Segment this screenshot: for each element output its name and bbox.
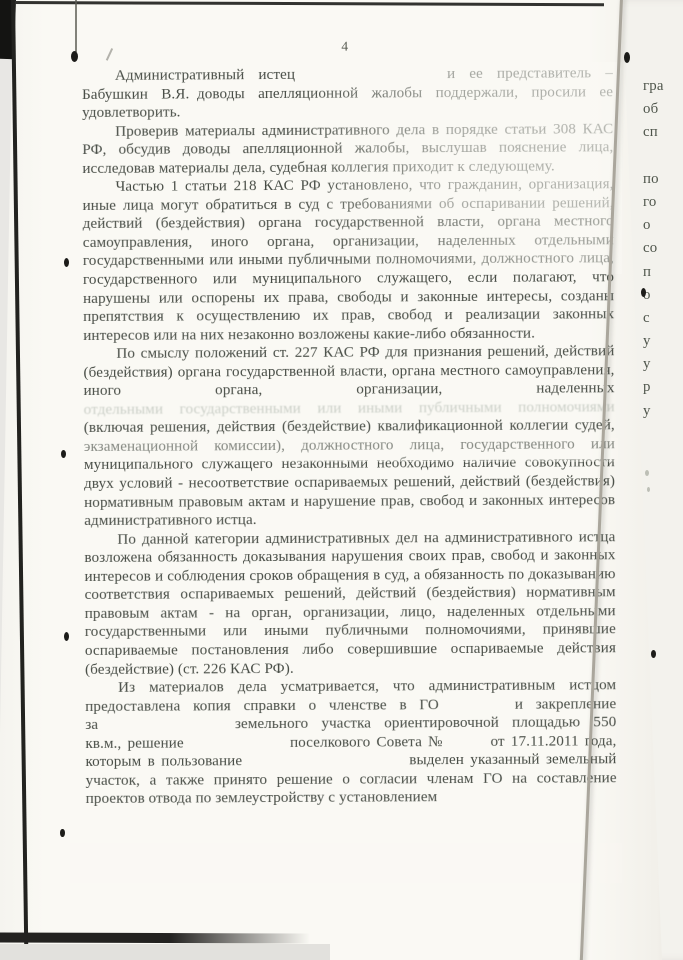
binder-hole-mark: [61, 450, 66, 458]
next-page-text-fragment: с: [643, 307, 664, 330]
binder-thread-mark: [75, 0, 77, 52]
paragraph-5: По данной категории административных дел…: [84, 528, 616, 679]
next-page-text-fragment: со: [643, 237, 664, 260]
paragraph-4-part1: По смыслу положений ст. 227 КАС РФ для п…: [83, 342, 614, 400]
paragraph-4-part2: (включая решения, действия (бездействие)…: [84, 417, 616, 531]
next-page-text-fragment: у: [643, 330, 664, 353]
binder-hole-mark: [64, 632, 69, 641]
document-page: 4 Административный истец и ее представит…: [0, 0, 683, 960]
next-page-text-fragment: го: [643, 191, 664, 214]
binder-hole-mark: [624, 52, 630, 63]
scanned-court-document: граобсппогоосопосууру 4 Административный…: [0, 0, 683, 960]
next-page-text-fragment: [643, 145, 664, 168]
faded-text-line: отдельными государственными или иными пу…: [84, 398, 615, 419]
next-page-text-fragment: сп: [643, 121, 664, 144]
paragraph-3: Частью 1 статьи 218 КАС РФ установлено, …: [82, 175, 614, 345]
next-page-text-fragment: у: [643, 353, 664, 376]
next-page-text-fragment: по: [643, 168, 664, 191]
next-page-text-fragment: гра: [643, 75, 664, 98]
paragraph-2: Проверив материалы административного дел…: [82, 120, 613, 178]
paragraph-1: Административный истец и ее представител…: [82, 64, 613, 122]
dust-speck: [647, 487, 650, 492]
next-page-text-fragment: у: [643, 400, 664, 423]
binder-hole-mark: [64, 258, 69, 267]
page-content: 4 Административный истец и ее представит…: [0, 0, 683, 960]
next-page-text-fragment: об: [643, 98, 664, 121]
binder-hole-mark: [641, 288, 646, 297]
dust-speck: [645, 470, 649, 476]
paragraph-6: Из материалов дела усматривается, что ад…: [85, 676, 617, 809]
next-page-text-fragment: о: [643, 284, 664, 307]
scan-bottom-shadow: [0, 944, 330, 960]
page-number: 4: [327, 39, 363, 55]
binder-hole-mark: [71, 51, 78, 62]
next-page-text-fragment: п: [643, 261, 664, 284]
scan-bottom-strip: [0, 932, 310, 943]
binder-hole-mark: [651, 650, 656, 658]
next-page-text-fragment: о: [643, 214, 664, 237]
next-page-text-fragment: р: [643, 376, 664, 399]
document-body: Административный истец и ее представител…: [82, 64, 617, 809]
next-page-text-fragments: граобсппогоосопосууру: [643, 75, 664, 423]
binder-hole-mark: [60, 829, 65, 837]
